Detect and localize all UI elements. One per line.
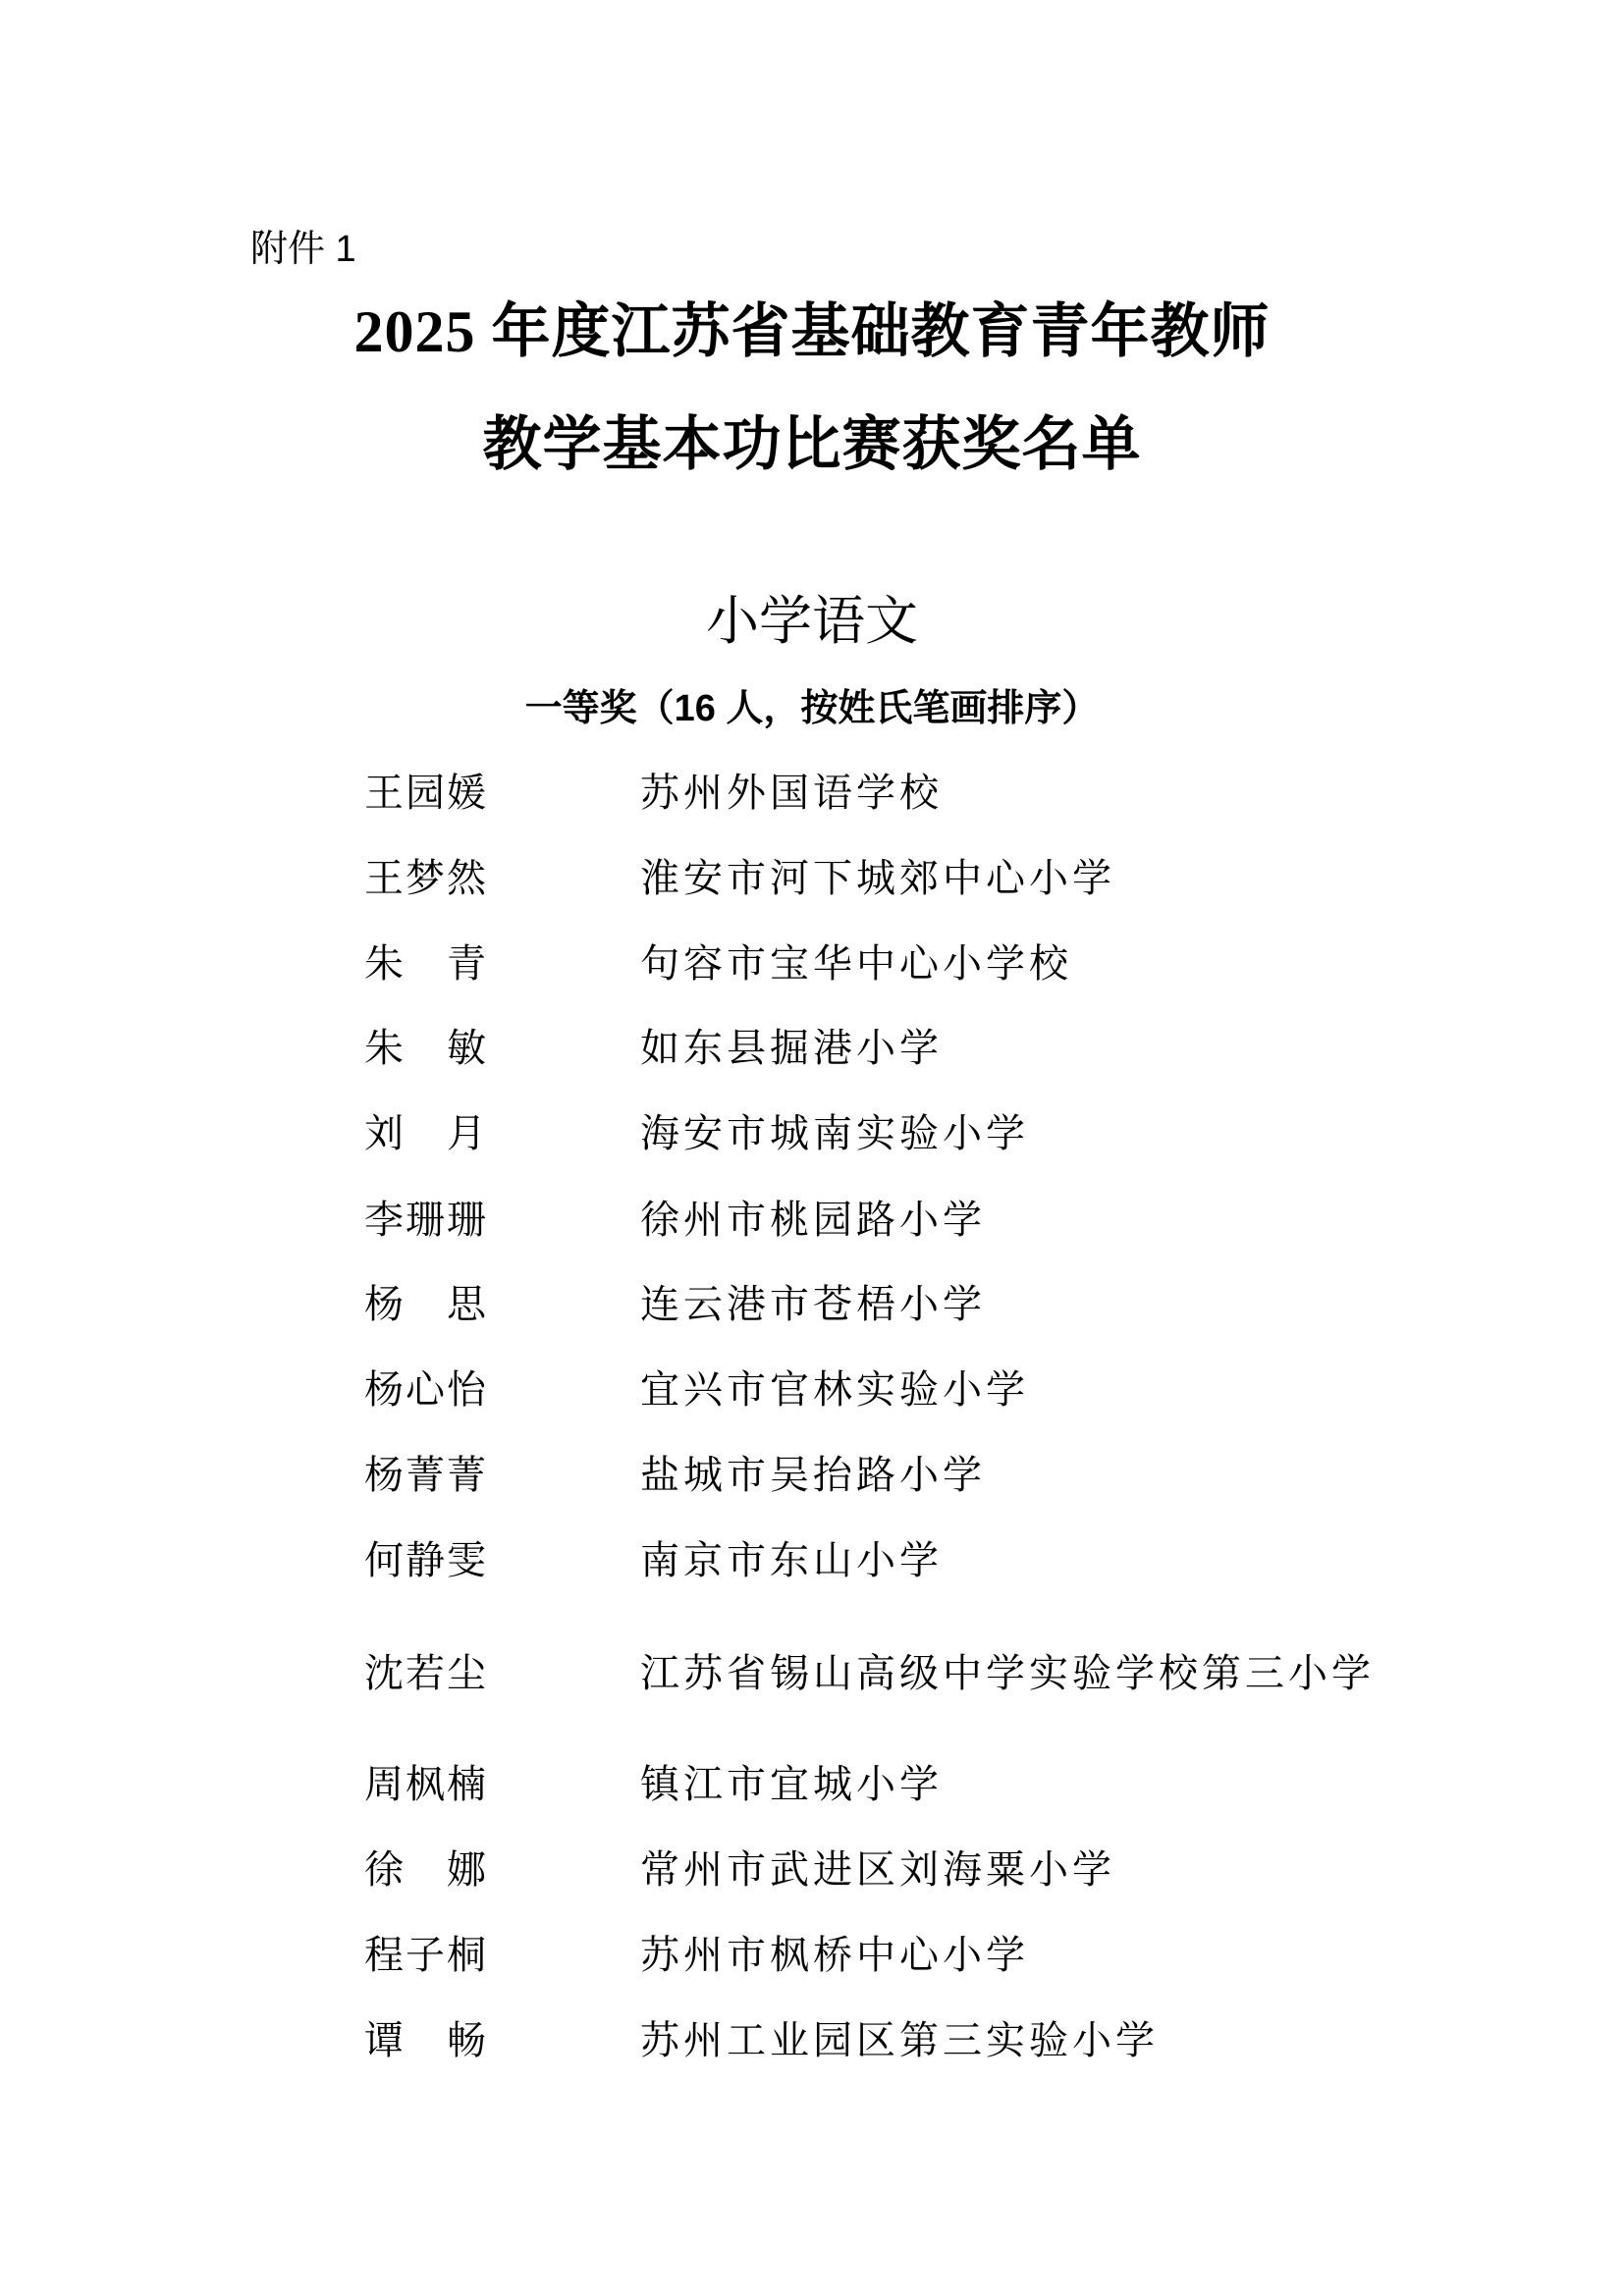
list-item: 杨菁菁 盐城市吴抬路小学 [0, 1444, 1624, 1503]
winner-school: 连云港市苍梧小学 [640, 1273, 986, 1329]
list-item: 李珊珊 徐州市桃园路小学 [0, 1189, 1624, 1248]
winner-name: 王园媛 [364, 762, 488, 818]
winner-name: 沈若尘 [364, 1642, 488, 1698]
list-item: 杨 思 连云港市苍梧小学 [0, 1273, 1624, 1332]
list-item: 谭 畅 苏州工业园区第三实验小学 [0, 2009, 1624, 2068]
list-item: 朱 敏 如东县掘港小学 [0, 1017, 1624, 1076]
winner-name: 王梦然 [364, 847, 488, 903]
winner-school: 盐城市吴抬路小学 [640, 1444, 986, 1500]
winner-school: 江苏省锡山高级中学实验学校第三小学 [640, 1642, 1375, 1698]
winner-name: 杨菁菁 [364, 1444, 488, 1500]
winner-name: 谭 畅 [364, 2009, 488, 2065]
list-item: 徐 娜 常州市武进区刘海粟小学 [0, 1839, 1624, 1897]
winner-name: 李珊珊 [364, 1189, 488, 1245]
page-title-line-1: 2025 年度江苏省基础教育青年教师 [0, 285, 1624, 369]
winner-school: 常州市武进区刘海粟小学 [640, 1839, 1115, 1895]
winner-name: 杨心怡 [364, 1359, 488, 1415]
list-item: 程子桐 苏州市枫桥中心小学 [0, 1924, 1624, 1983]
page-title-line-2: 教学基本功比赛获奖名单 [0, 398, 1624, 482]
winner-school: 徐州市桃园路小学 [640, 1189, 986, 1245]
list-item: 杨心怡 宜兴市官林实验小学 [0, 1359, 1624, 1417]
list-item: 刘 月 海安市城南实验小学 [0, 1102, 1624, 1161]
winner-name: 程子桐 [364, 1924, 488, 1980]
list-item: 王园媛 苏州外国语学校 [0, 762, 1624, 821]
winner-school: 海安市城南实验小学 [640, 1102, 1029, 1158]
list-item: 朱 青 句容市宝华中心小学校 [0, 933, 1624, 991]
list-item: 沈若尘 江苏省锡山高级中学实验学校第三小学 [0, 1642, 1624, 1701]
winner-name: 杨 思 [364, 1273, 488, 1329]
winner-school: 南京市东山小学 [640, 1529, 943, 1585]
attachment-label: 附件 1 [250, 218, 356, 272]
winner-school: 镇江市宜城小学 [640, 1753, 943, 1809]
winner-school: 苏州外国语学校 [640, 762, 943, 818]
list-item: 周枫楠 镇江市宜城小学 [0, 1753, 1624, 1812]
subject-heading: 小学语文 [0, 579, 1624, 655]
winner-name: 朱 敏 [364, 1017, 488, 1073]
winner-school: 苏州工业园区第三实验小学 [640, 2009, 1159, 2065]
winner-school: 苏州市枫桥中心小学 [640, 1924, 1029, 1980]
winner-name: 刘 月 [364, 1102, 488, 1158]
winner-school: 句容市宝华中心小学校 [640, 933, 1072, 988]
list-item: 何静雯 南京市东山小学 [0, 1529, 1624, 1588]
list-item: 王梦然 淮安市河下城郊中心小学 [0, 847, 1624, 906]
winner-school: 淮安市河下城郊中心小学 [640, 847, 1115, 903]
winner-name: 周枫楠 [364, 1753, 488, 1809]
award-heading: 一等奖（16 人，按姓氏笔画排序） [0, 677, 1624, 731]
winner-name: 朱 青 [364, 933, 488, 988]
winner-name: 何静雯 [364, 1529, 488, 1585]
winner-school: 如东县掘港小学 [640, 1017, 943, 1073]
winner-school: 宜兴市官林实验小学 [640, 1359, 1029, 1415]
winner-name: 徐 娜 [364, 1839, 488, 1895]
